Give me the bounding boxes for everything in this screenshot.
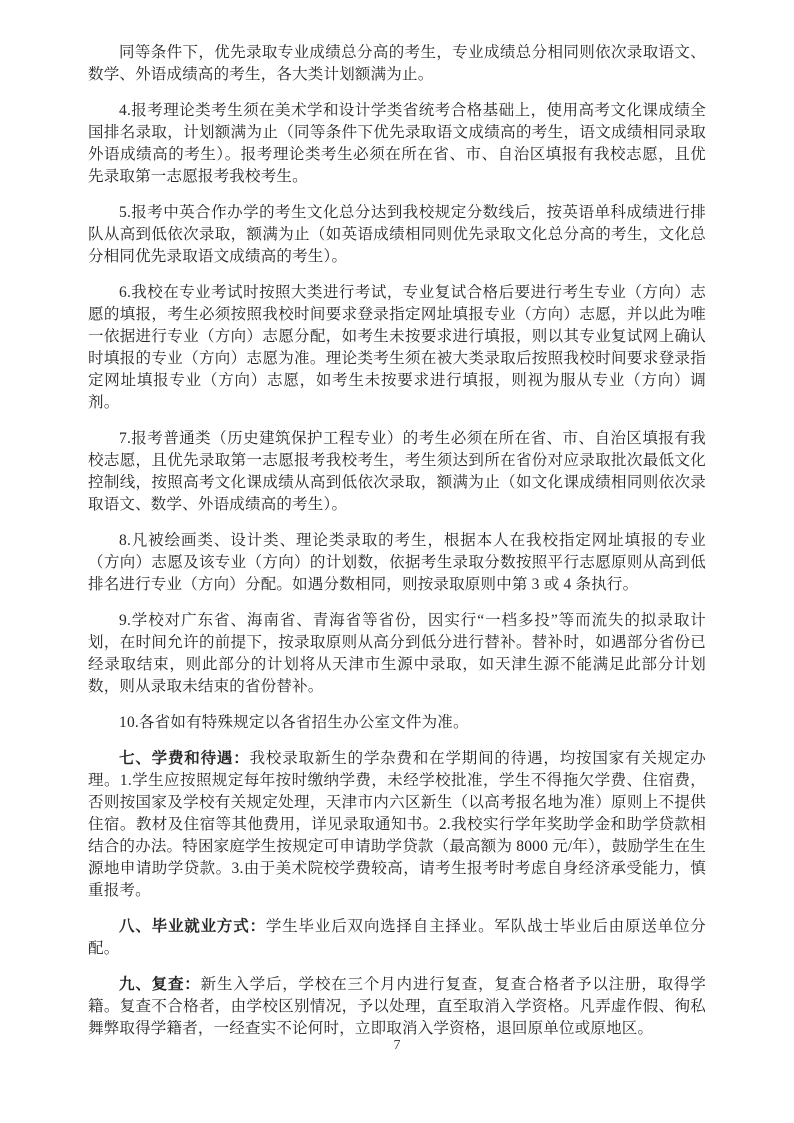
paragraph-continuation: 同等条件下，优先录取专业成绩总分高的考生，专业成绩总分相同则依次录取语文、数学、… [88, 42, 706, 86]
paragraph-text: 8.凡被绘画类、设计类、理论类录取的考生，根据本人在我校指定网址填报的专业（方向… [88, 532, 706, 593]
paragraph-rule-8: 8.凡被绘画类、设计类、理论类录取的考生，根据本人在我校指定网址填报的专业（方向… [88, 530, 706, 596]
paragraph-text: 6.我校在专业考试时按照大类进行考试，专业复试合格后要进行考生专业（方向）志愿的… [88, 284, 706, 411]
paragraph-text: 7.报考普通类（历史建筑保护工程专业）的考生必须在所在省、市、自治区填报有我校志… [88, 430, 706, 513]
paragraph-text: 5.报考中英合作办学的考生文化总分达到我校规定分数线后，按英语单科成绩进行排队从… [88, 204, 706, 265]
paragraph-text: 10.各省如有特殊规定以各省招生办公室文件为准。 [119, 714, 469, 731]
page-number: 7 [394, 1038, 401, 1053]
section-heading-employment: 八、毕业就业方式： [119, 918, 266, 935]
section-heading-recheck: 九、复查： [119, 976, 201, 993]
paragraph-rule-5: 5.报考中英合作办学的考生文化总分达到我校规定分数线后，按英语单科成绩进行排队从… [88, 202, 706, 268]
document-body: 同等条件下，优先录取专业成绩总分高的考生，专业成绩总分相同则依次录取语文、数学、… [88, 42, 706, 1040]
paragraph-rule-4: 4.报考理论类考生须在美术学和设计学类省统考合格基础上，使用高考文化课成绩全国排… [88, 100, 706, 188]
paragraph-text: 同等条件下，优先录取专业成绩总分高的考生，专业成绩总分相同则依次录取语文、数学、… [88, 44, 706, 83]
paragraph-text: 9.学校对广东省、海南省、青海省等省份，因实行“一档多投”等而流失的拟录取计划，… [88, 612, 706, 695]
section-recheck: 九、复查：新生入学后，学校在三个月内进行复查，复查合格者予以注册，取得学籍。复查… [88, 974, 706, 1040]
section-tuition-and-treatment: 七、学费和待遇：我校录取新生的学杂费和在学期间的待遇，均按国家有关规定办理。1.… [88, 748, 706, 902]
page-footer: 7 [0, 1036, 794, 1054]
paragraph-rule-7: 7.报考普通类（历史建筑保护工程专业）的考生必须在所在省、市、自治区填报有我校志… [88, 428, 706, 516]
section-employment: 八、毕业就业方式：学生毕业后双向选择自主择业。军队战士毕业后由原送单位分配。 [88, 916, 706, 960]
section-heading-tuition: 七、学费和待遇： [119, 750, 250, 767]
paragraph-rule-10: 10.各省如有特殊规定以各省招生办公室文件为准。 [88, 712, 706, 734]
document-page: 同等条件下，优先录取专业成绩总分高的考生，专业成绩总分相同则依次录取语文、数学、… [0, 0, 794, 1123]
paragraph-text: 4.报考理论类考生须在美术学和设计学类省统考合格基础上，使用高考文化课成绩全国排… [88, 102, 706, 185]
paragraph-rule-6: 6.我校在专业考试时按照大类进行考试，专业复试合格后要进行考生专业（方向）志愿的… [88, 282, 706, 414]
paragraph-rule-9: 9.学校对广东省、海南省、青海省等省份，因实行“一档多投”等而流失的拟录取计划，… [88, 610, 706, 698]
paragraph-text: 我校录取新生的学杂费和在学期间的待遇，均按国家有关规定办理。1.学生应按照规定每… [88, 750, 706, 899]
